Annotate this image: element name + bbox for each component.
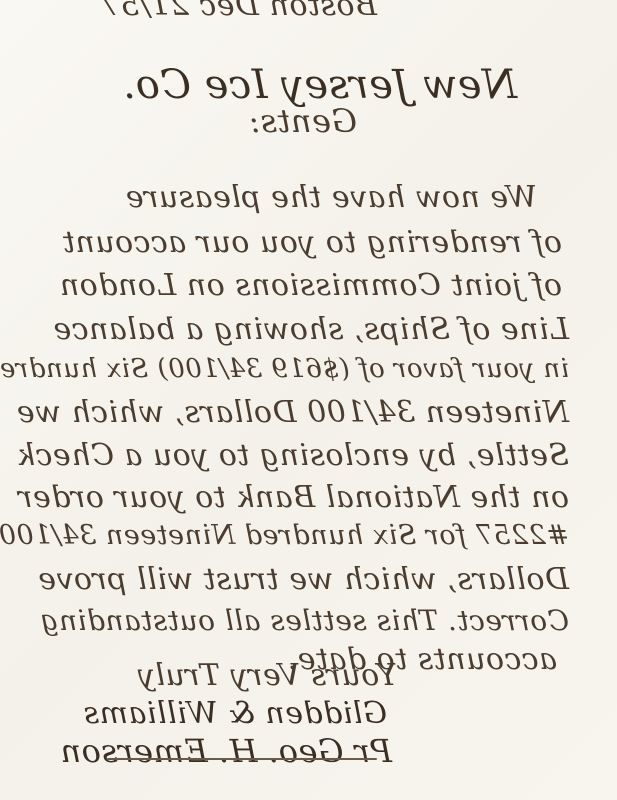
salutation: Gents: (249, 102, 357, 140)
body-line: of rendering to you our account (62, 225, 562, 260)
body-line: Nineteen 34/100 Dollars, which we (16, 395, 569, 430)
dateline: Boston Dec 21/57 (100, 0, 377, 23)
body-line: Line of Ships, showing a balance (53, 312, 569, 347)
body-line: We now have the pleasure (125, 180, 537, 215)
body-line: Dollars, which we trust will prove (38, 562, 569, 597)
mirrored-letter: Boston Dec 21/57 New Jersey Ice Co. Gent… (0, 0, 617, 800)
body-line: Settle, by enclosing to you a Check (16, 438, 569, 473)
body-line: #2257 for Six hundred Nineteen 34/100 (0, 520, 569, 551)
body-line: Correct. This settles all outstanding (40, 604, 569, 637)
body-line: of joint Commissions on London (59, 268, 562, 303)
signature-underline (107, 758, 377, 760)
closing: Yours Very Truly (137, 658, 397, 693)
signature-firm: Glidden & Williams (83, 696, 387, 731)
signature-by: Pr Geo. H. Emerson (60, 732, 392, 770)
body-line: in your favor of ($619 34/100) Six hundr… (0, 354, 569, 384)
body-line: on the National Bank to your order (18, 480, 569, 515)
letter-page: Boston Dec 21/57 New Jersey Ice Co. Gent… (0, 0, 617, 800)
